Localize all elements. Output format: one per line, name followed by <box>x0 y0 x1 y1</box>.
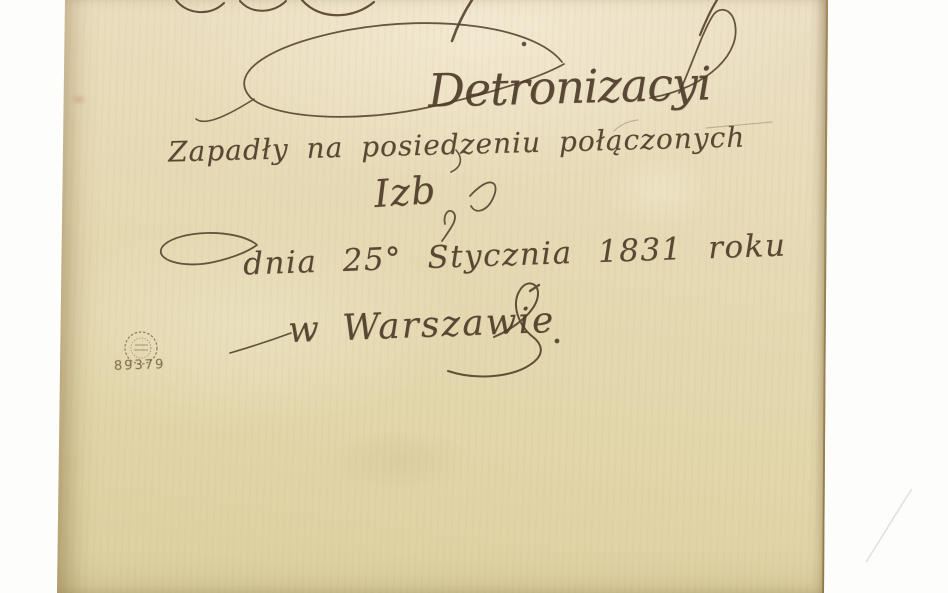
stamp-number: 89379 <box>114 357 166 374</box>
paper-right-edge <box>822 0 829 593</box>
line-chambers: Izb <box>373 168 438 216</box>
paper-highlight <box>600 150 720 230</box>
backing-crease-line <box>866 489 912 562</box>
line-title: Detronizacyi <box>427 56 711 117</box>
paper-stain <box>70 94 88 105</box>
paper-stain <box>330 430 470 490</box>
document-scan: Detronizacyi Zapadły na posiedzeniu połą… <box>0 0 948 593</box>
